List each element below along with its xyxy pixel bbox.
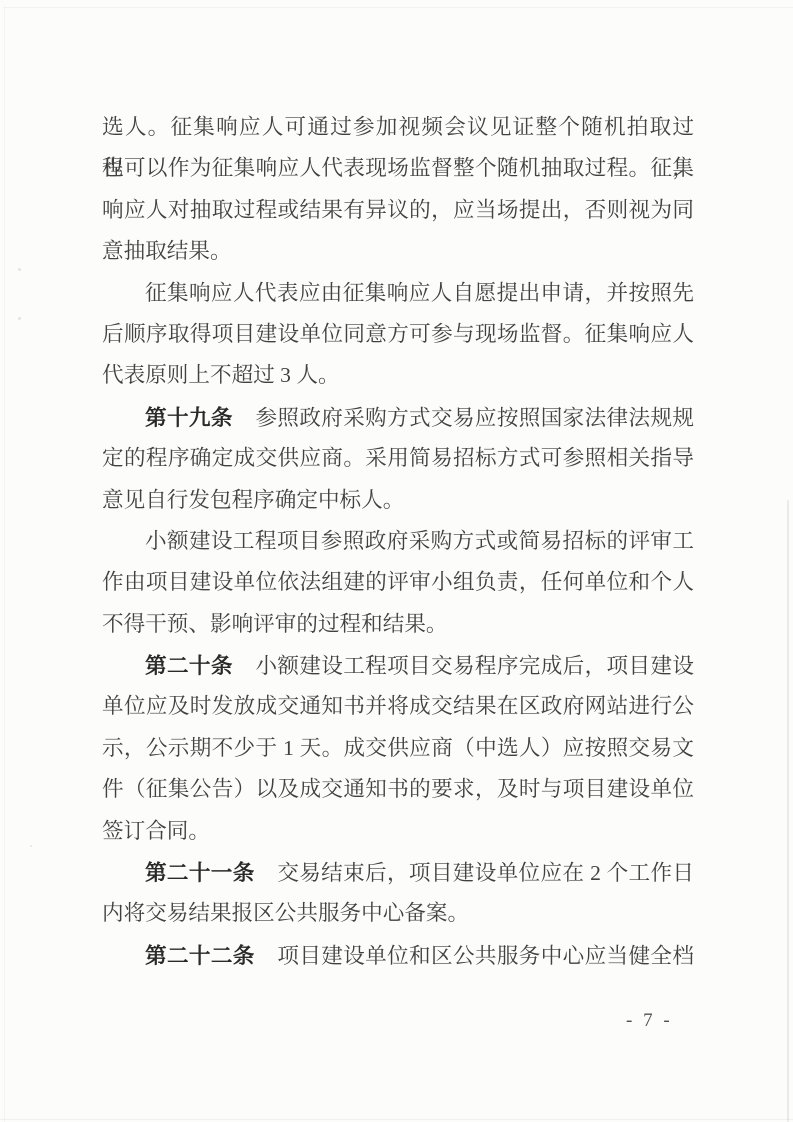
text-line: 单位应及时发放成交通知书并将成交结果在区政府网站进行公 [102, 686, 694, 727]
line-text: 交易结束后，项目建设单位应在 2 个工作日 [277, 861, 694, 885]
page-number: - 7 - [626, 1010, 673, 1032]
line-text: 项目建设单位和区公共服务中心应当健全档 [277, 944, 694, 968]
article-number: 第二十一条 [145, 860, 255, 885]
text-line: 内将交易结果报区公共服务中心备案。 [102, 893, 694, 934]
line-text: 单位应及时发放成交通知书并将成交结果在区政府网站进行公 [102, 694, 694, 718]
line-text: 内将交易结果报区公共服务中心备案。 [102, 901, 469, 925]
text-line: 定的程序确定成交供应商。采用简易招标方式可参照相关指导 [102, 438, 694, 479]
line-text: 小额建设工程项目交易程序完成后，项目建设 [255, 654, 694, 678]
text-line: 后顺序取得项目建设单位同意方可参与现场监督。征集响应人 [102, 314, 694, 355]
scan-edge-left [4, 7, 5, 1122]
article-number: 第二十条 [145, 653, 233, 678]
text-line: 件（征集公告）以及成交通知书的要求，及时与项目建设单位 [102, 769, 694, 810]
line-text: 示，公示期不少于 1 天。成交供应商（中选人）应按照交易文 [102, 736, 694, 760]
text-line: 第二十一条交易结束后，项目建设单位应在 2 个工作日 [102, 852, 694, 893]
line-text: 件（征集公告）以及成交通知书的要求，及时与项目建设单位 [102, 777, 694, 801]
scan-edge-right [787, 500, 789, 1122]
article-number: 第二十二条 [145, 943, 255, 968]
text-line: 意抽取结果。 [102, 231, 694, 272]
line-text: 后顺序取得项目建设单位同意方可参与现场监督。征集响应人 [102, 322, 694, 346]
document-page: 选人。征集响应人可通过参加视频会议见证整个随机拍取过程，也可以作为征集响应人代表… [0, 0, 793, 1122]
scan-edge-top [4, 7, 793, 8]
line-text: 参照政府采购方式交易应按照国家法律法规规 [255, 406, 694, 430]
text-line: 示，公示期不少于 1 天。成交供应商（中选人）应按照交易文 [102, 728, 694, 769]
text-line: 作由项目建设单位依法组建的评审小组负责，任何单位和个人 [102, 562, 694, 603]
text-line: 第二十二条项目建设单位和区公共服务中心应当健全档 [102, 935, 694, 976]
line-text: 作由项目建设单位依法组建的评审小组负责，任何单位和个人 [102, 570, 694, 594]
line-text: 响应人对抽取过程或结果有异议的，应当场提出，否则视为同 [102, 198, 694, 222]
document-body: 选人。征集响应人可通过参加视频会议见证整个随机拍取过程，也可以作为征集响应人代表… [102, 107, 694, 976]
text-line: 征集响应人代表应由征集响应人自愿提出申请，并按照先 [102, 273, 694, 314]
line-text: 定的程序确定成交供应商。采用简易招标方式可参照相关指导 [102, 446, 694, 470]
text-line: 响应人对抽取过程或结果有异议的，应当场提出，否则视为同 [102, 190, 694, 231]
scan-speck [18, 268, 21, 271]
scan-speck [30, 845, 32, 847]
text-line: 意见自行发包程序确定中标人。 [102, 480, 694, 521]
line-text: 意抽取结果。 [102, 239, 232, 263]
text-line: 签订合同。 [102, 811, 694, 852]
line-text: 不得干预、影响评审的过程和结果。 [102, 612, 448, 636]
text-line: 小额建设工程项目参照政府采购方式或简易招标的评审工 [102, 521, 694, 562]
line-text: 签订合同。 [102, 819, 210, 843]
line-text: 代表原则上不超过 3 人。 [102, 363, 340, 387]
line-text: 意见自行发包程序确定中标人。 [102, 488, 404, 512]
line-text: 小额建设工程项目参照政府采购方式或简易招标的评审工 [145, 529, 694, 553]
text-line: 选人。征集响应人可通过参加视频会议见证整个随机拍取过程， [102, 107, 694, 148]
scan-edge-bottom [0, 1119, 793, 1120]
text-line: 不得干预、影响评审的过程和结果。 [102, 604, 694, 645]
text-line: 也可以作为征集响应人代表现场监督整个随机抽取过程。征集 [102, 148, 694, 189]
text-line: 第十九条参照政府采购方式交易应按照国家法律法规规 [102, 397, 694, 438]
text-line: 代表原则上不超过 3 人。 [102, 355, 694, 396]
scan-speck [18, 317, 21, 320]
line-text: 征集响应人代表应由征集响应人自愿提出申请，并按照先 [145, 281, 694, 305]
article-number: 第十九条 [145, 405, 233, 430]
text-line: 第二十条小额建设工程项目交易程序完成后，项目建设 [102, 645, 694, 686]
line-text: 也可以作为征集响应人代表现场监督整个随机抽取过程。征集 [102, 156, 694, 180]
